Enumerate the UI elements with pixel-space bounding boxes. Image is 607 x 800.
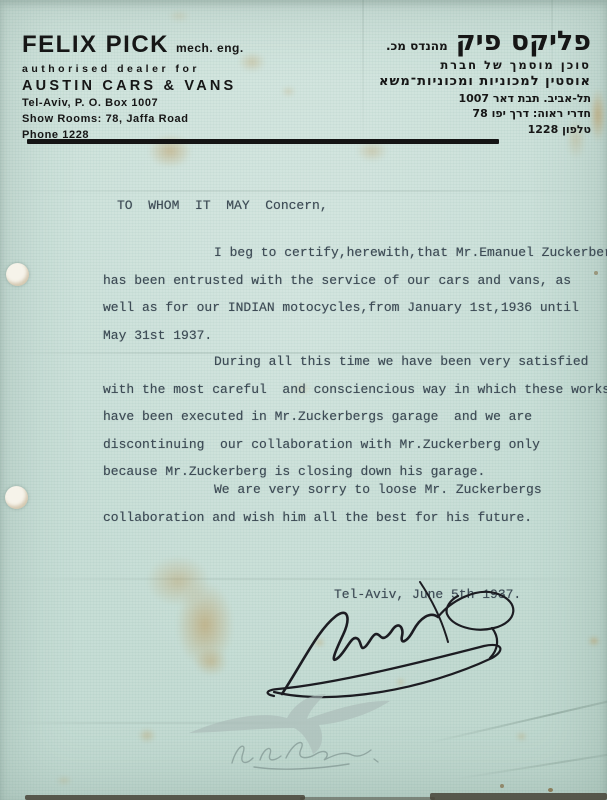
address-pobox: Tel-Aviv, P. O. Box 1007: [22, 97, 244, 111]
typed-line: collaboration and wish him all the best …: [103, 504, 542, 532]
address-showrooms-hebrew: חדרי ראוה: דרך יפו 78: [379, 107, 591, 120]
stain: [281, 86, 296, 97]
pencil-signature: [224, 733, 394, 775]
company-title-hebrew: מהנדס מכ.: [386, 39, 448, 53]
typed-line: well as for our INDIAN motocycles,from J…: [103, 294, 607, 322]
speck: [500, 784, 504, 788]
stain: [138, 728, 156, 743]
address-showrooms: Show Rooms: 78, Jaffa Road: [22, 113, 244, 127]
paragraph-3: We are very sorry to loose Mr. Zuckerber…: [103, 476, 542, 531]
typed-line: TO WHOM IT MAY Concern,: [117, 192, 328, 220]
brand-line-hebrew: אוסטין למכוניות ומכוניות־משא: [379, 74, 591, 89]
dealer-line-hebrew: סוכן מוסמך של חברת: [379, 58, 591, 72]
letterhead-english: FELIX PICKmech. eng. authorised dealer f…: [22, 31, 244, 142]
typed-line: May 31st 1937.: [103, 322, 607, 350]
stain: [516, 732, 527, 741]
letterhead-rule: [27, 139, 499, 144]
typed-line: I beg to certify,herewith,that Mr.Emanue…: [103, 239, 607, 267]
typed-line: discontinuing our collaboration with Mr.…: [103, 431, 607, 459]
typed-line: During all this time we have been very s…: [103, 348, 607, 376]
paper-crease: [362, 0, 364, 150]
stain: [590, 88, 606, 142]
stain: [56, 776, 72, 785]
address-pobox-hebrew: תל-אביב. תבת דאר 1007: [379, 92, 591, 105]
salutation: TO WHOM IT MAY Concern,: [117, 192, 328, 220]
dealer-line: authorised dealer for: [22, 63, 244, 75]
punch-hole: [5, 486, 28, 509]
typed-line: We are very sorry to loose Mr. Zuckerber…: [103, 476, 542, 504]
paragraph-1: I beg to certify,herewith,that Mr.Emanue…: [103, 239, 607, 349]
company-name-hebrew: פליקס פיק: [456, 28, 591, 56]
stain: [168, 10, 190, 22]
address-phone-hebrew: טלפון 1228: [379, 123, 591, 136]
scan-edge: [25, 795, 305, 800]
company-name: FELIX PICK: [22, 31, 169, 59]
stain: [194, 648, 228, 676]
company-title: mech. eng.: [176, 41, 244, 55]
paper-crease: [455, 744, 607, 780]
typed-line: have been executed in Mr.Zuckerbergs gar…: [103, 403, 607, 431]
punch-hole: [6, 263, 29, 286]
paragraph-2: During all this time we have been very s…: [103, 348, 607, 486]
typed-line: with the most careful and consciencious …: [103, 376, 607, 404]
stain: [588, 636, 600, 646]
scan-edge: [430, 793, 607, 800]
brand-line: AUSTIN CARS & VANS: [22, 78, 244, 94]
typed-line: has been entrusted with the service of o…: [103, 267, 607, 295]
speck: [548, 788, 553, 792]
letter-page: FELIX PICKmech. eng. authorised dealer f…: [0, 0, 607, 800]
letterhead-hebrew: פליקס פיק מהנדס מכ. סוכן מוסמך של חברת א…: [379, 28, 591, 136]
